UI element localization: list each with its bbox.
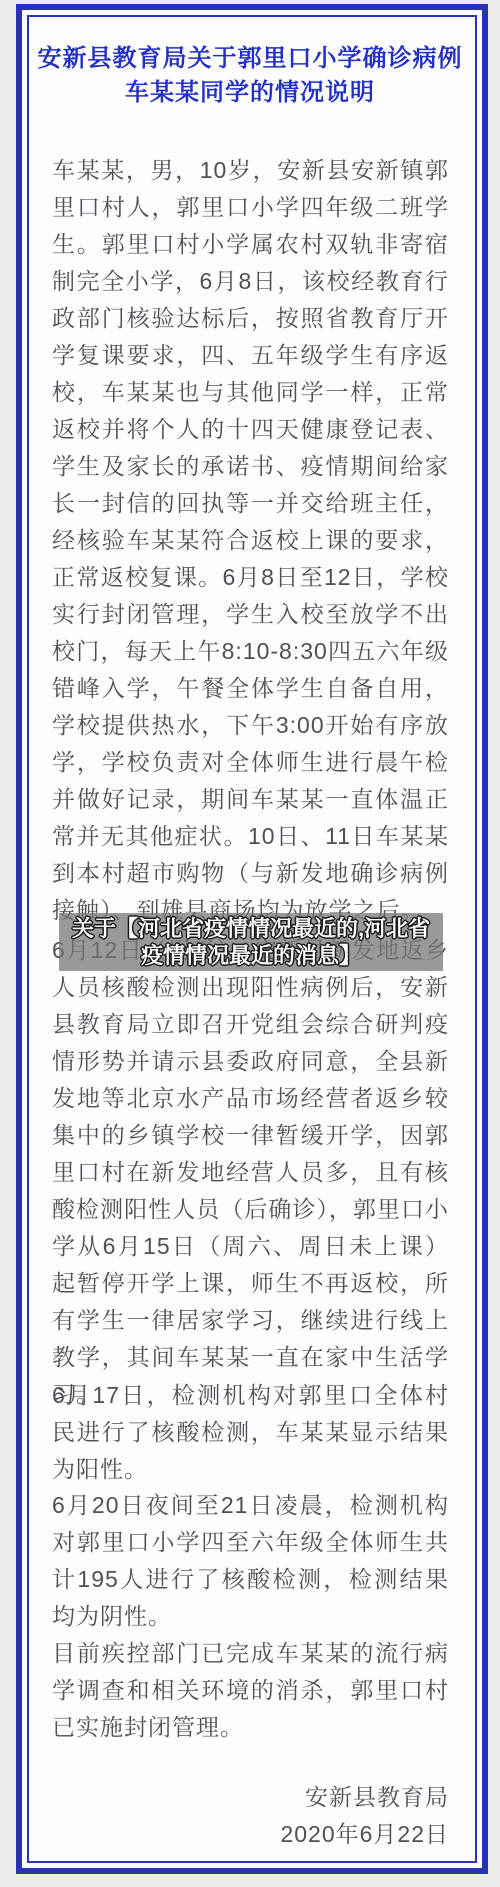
notice-title-line-2: 车某某同学的情况说明 <box>30 76 470 110</box>
notice-title: 安新县教育局关于郭里口小学确诊病例 车某某同学的情况说明 <box>30 42 470 110</box>
paragraph-june12-measures: 6月12日（周五），安新县新发地返乡人员核酸检测出现阳性病例后，安新县教育局立即… <box>52 932 449 1413</box>
paragraph-june20-school-tests: 6月20日夜间至21日凌晨，检测机构对郭里口小学四至六年级全体师生共计195人进… <box>52 1487 449 1635</box>
watermark-overlay-line-1: 关于【河北省疫情情况最近的,河北省 <box>72 915 430 942</box>
paragraph-current-status: 目前疾控部门已完成车某某的流行病学调查和相关环境的消杀，郭里口村已实施封闭管理。 <box>52 1635 449 1746</box>
watermark-overlay-line-2: 疫情情况最近的消息】 <box>141 942 361 969</box>
signature-organization: 安新县教育局 <box>52 1779 449 1816</box>
page-background: 安新县教育局关于郭里口小学确诊病例 车某某同学的情况说明 车某某，男，10岁，安… <box>0 0 500 1887</box>
watermark-overlay: 关于【河北省疫情情况最近的,河北省 疫情情况最近的消息】 <box>59 913 443 971</box>
signature-block: 安新县教育局 2020年6月22日 <box>52 1779 449 1853</box>
paragraph-june17-test-positive: 6月17日，检测机构对郭里口全体村民进行了核酸检测，车某某显示结果为阳性。 <box>52 1377 449 1488</box>
paragraph-student-intro: 车某某，男，10岁，安新县安新镇郭里口村人，郭里口小学四年级二班学生。郭里口村小… <box>52 152 449 929</box>
signature-date: 2020年6月22日 <box>52 1816 449 1853</box>
notice-title-line-1: 安新县教育局关于郭里口小学确诊病例 <box>30 42 470 76</box>
